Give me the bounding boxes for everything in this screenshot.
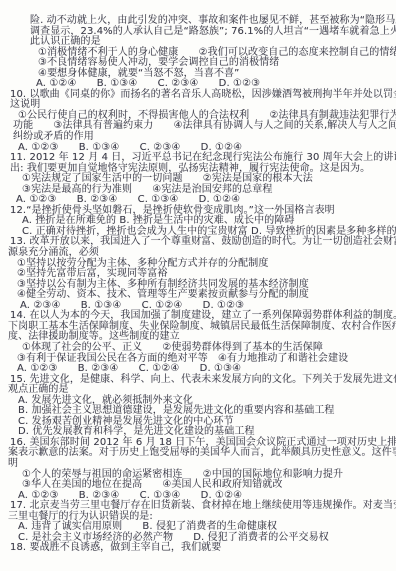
question-block-14: 14. 在以人为本的今天，我国加强了制度建设，建立了一系列保障弱势群体利益的制度…	[0, 311, 396, 374]
question-stem-line: 18. 要战胜不良诱惑，做到主宰自己，我们就要	[0, 543, 396, 554]
question-list: 险. 动不动就上火，由此引发的冲突、事故和案件也屡见不鲜，甚至被称为“隐形马路杀…	[0, 16, 396, 554]
question-block-16: 16. 美国东部时间 2012 年 6 月 18 日下午，美国国会众议院正式通过…	[0, 438, 396, 501]
question-stem-line: 源泉充分涌流，必须	[0, 248, 396, 259]
question-block-18: 18. 要战胜不良诱惑，做到主宰自己，我们就要	[0, 543, 396, 554]
question-block-17: 17. 北京麦当劳三里屯餐厅存在旧货新装、食材掉在地上继续使用等违规操作。对麦当…	[0, 501, 396, 543]
question-block-11: 11. 2012 年 12 月 4 日，习近平总书记在纪念现行宪法公布施行 30…	[0, 153, 396, 206]
question-block-12: 12.“是挫折使骨头坚如磐石，是挫折使软骨变成肌肉。”这一外国格言表明A. 挫折…	[0, 206, 396, 238]
option-line: ①体现了社会的公平、正义 ②使弱势群体得到了基本的生活保障	[0, 343, 396, 354]
question-block-13: 13. 改革开放以来，我国进入了一个尊重财富、鼓励创造的时代。为让一切创造社会财…	[0, 237, 396, 311]
answer-choices-line: A. ①②③ B. ②③④ C. ①②④ D. ①③④	[0, 364, 396, 375]
question-block-15: 15. 先进文化，是健康、科学、向上、代表未来发展方向的文化。下列关于发展先进文…	[0, 375, 396, 438]
question-block-9-continued: 险. 动不动就上火，由此引发的冲突、事故和案件也屡见不鲜，甚至被称为“隐形马路杀…	[0, 16, 396, 90]
option-line: 纠纷或矛盾的作用	[0, 132, 396, 143]
question-stem-line: 案表示歉意的法案。对于历史上饱受屈辱的美国华人而言，此举颇具历史性意义。这件事说	[0, 448, 396, 459]
exam-paper-page: 险. 动不动就上火，由此引发的冲突、事故和案件也屡见不鲜，甚至被称为“隐形马路杀…	[0, 0, 396, 571]
question-block-10: 10. 以歌曲《同桌的你》而扬名的著名音乐人高晓松，因涉嫌酒驾被刑拘半年并处以罚…	[0, 90, 396, 153]
question-stem-line: 险. 动不动就上火，由此引发的冲突、事故和案件也屡见不鲜，甚至被称为“隐形马路杀…	[0, 16, 396, 27]
question-stem-line: 10. 以歌曲《同桌的你》而扬名的著名音乐人高晓松，因涉嫌酒驾被刑拘半年并处以罚…	[0, 90, 396, 101]
question-stem-line: 明	[0, 459, 396, 470]
